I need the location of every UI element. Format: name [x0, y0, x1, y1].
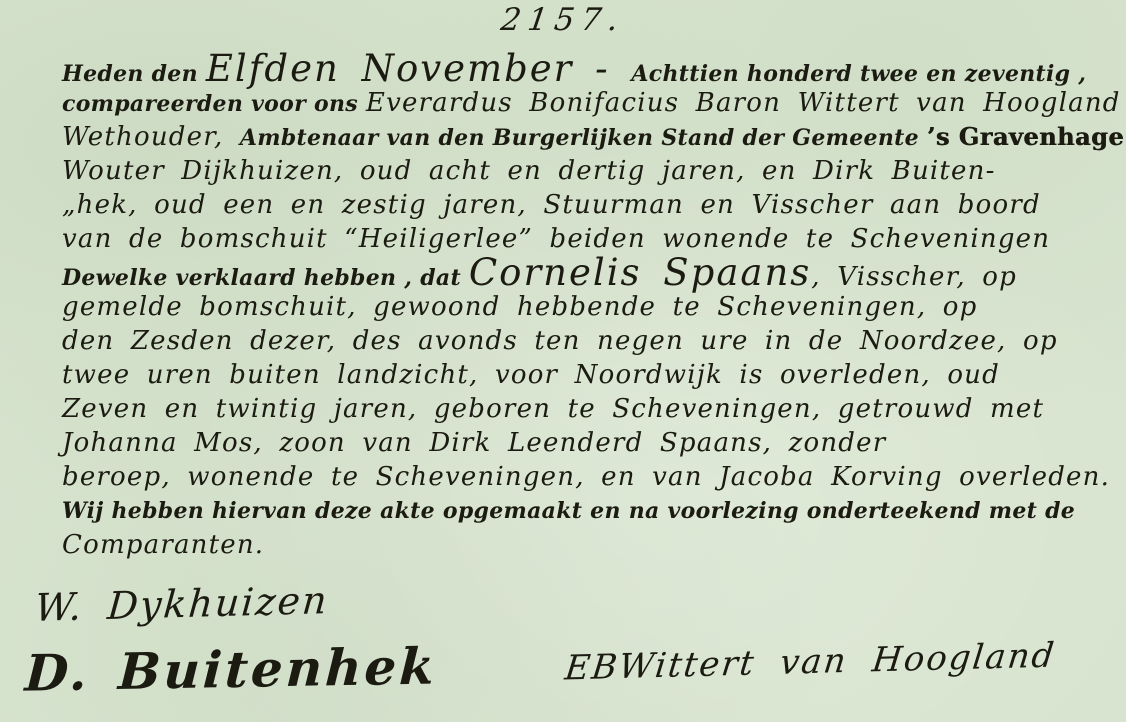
- document-line-4: Wouter Dijkhuizen, oud acht en dertig ja…: [62, 154, 1108, 188]
- text-segment-official-name: Everardus Bonifacius Baron Wittert van H…: [366, 88, 1121, 118]
- text-segment: Wethouder,: [62, 122, 240, 152]
- text-segment: Zeven en twintig jaren, geboren te Schev…: [62, 394, 1044, 424]
- text-segment: beroep, wonende te Scheveningen, en van …: [62, 462, 1110, 492]
- text-segment: Wouter Dijkhuizen, oud acht en dertig ja…: [62, 156, 996, 186]
- document-line-3: Wethouder, Ambtenaar van den Burgerlijke…: [62, 120, 1108, 154]
- text-segment: den Zesden dezer, des avonds ten negen u…: [62, 326, 1058, 356]
- text-segment: Comparanten.: [62, 530, 264, 560]
- text-segment: Dewelke verklaard hebben , dat: [62, 265, 469, 291]
- text-segment: Achttien honderd twee en zeventig ,: [631, 61, 1086, 87]
- act-number: 2157.: [0, 2, 1126, 38]
- death-certificate-scan: 2157. Heden den Elfden November - Achtti…: [0, 0, 1126, 722]
- text-segment-gravenhage: ’s Gravenhage: [927, 122, 1124, 151]
- document-line-8: gemelde bomschuit, gewoond hebbende te S…: [62, 290, 1108, 324]
- text-segment: gemelde bomschuit, gewoond hebbende te S…: [62, 292, 978, 322]
- text-segment: Johanna Mos, zoon van Dirk Leenderd Spaa…: [62, 428, 886, 458]
- document-line-2: compareerden voor ons Everardus Bonifaci…: [62, 86, 1108, 120]
- signature-buitenhek: D. Buitenhek: [23, 636, 438, 702]
- document-line-12: Johanna Mos, zoon van Dirk Leenderd Spaa…: [62, 426, 1108, 460]
- text-segment-date: Elfden November -: [206, 47, 632, 90]
- text-segment: Heden den: [62, 61, 206, 87]
- document-line-15: Comparanten.: [62, 528, 1108, 562]
- document-line-9: den Zesden dezer, des avonds ten negen u…: [62, 324, 1108, 358]
- text-segment: compareerden voor ons: [62, 91, 366, 117]
- signature-dykhuizen: W. Dykhuizen: [33, 578, 330, 630]
- text-segment: twee uren buiten landzicht, voor Noordwi…: [62, 360, 1000, 390]
- document-line-1: Heden den Elfden November - Achttien hon…: [62, 52, 1108, 86]
- text-segment: Ambtenaar van den Burgerlijken Stand der…: [240, 125, 927, 151]
- document-line-7: Dewelke verklaard hebben , dat Cornelis …: [62, 256, 1108, 290]
- document-line-14: Wij hebben hiervan deze akte opgemaakt e…: [62, 494, 1108, 528]
- document-line-10: twee uren buiten landzicht, voor Noordwi…: [62, 358, 1108, 392]
- document-line-11: Zeven en twintig jaren, geboren te Schev…: [62, 392, 1108, 426]
- document-line-13: beroep, wonende te Scheveningen, en van …: [62, 460, 1108, 494]
- text-segment: Wij hebben hiervan deze akte opgemaakt e…: [62, 498, 1075, 524]
- text-segment: , Visscher, op: [811, 262, 1017, 292]
- signature-wittert-van-hoogland: EBWittert van Hoogland: [563, 636, 1058, 689]
- document-body: Heden den Elfden November - Achttien hon…: [62, 52, 1108, 562]
- text-segment: van de bomschuit “Heiligerlee” beiden wo…: [62, 224, 1050, 254]
- text-segment-deceased-name: Cornelis Spaans: [469, 251, 811, 294]
- document-line-5: „hek, oud een en zestig jaren, Stuurman …: [62, 188, 1108, 222]
- text-segment: „hek, oud een en zestig jaren, Stuurman …: [62, 190, 1041, 220]
